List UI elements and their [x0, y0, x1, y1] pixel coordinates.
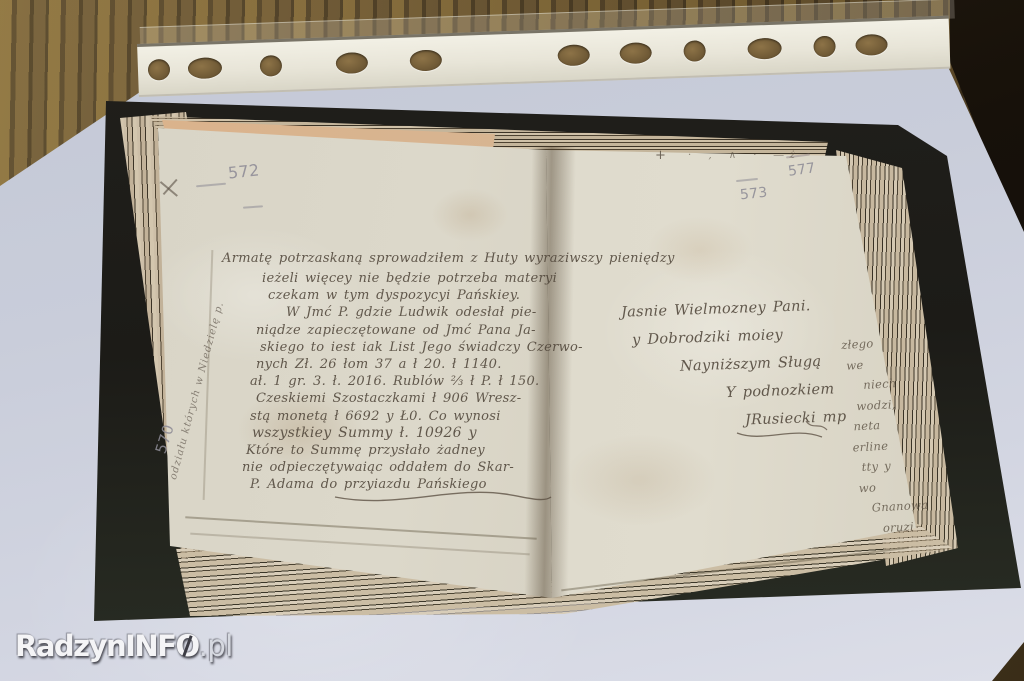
punch-hole — [855, 34, 888, 56]
punch-hole — [813, 36, 836, 58]
punch-hole — [260, 55, 283, 77]
punch-hole — [747, 38, 782, 60]
punch-hole — [336, 52, 369, 74]
punch-hole — [148, 59, 171, 81]
punch-hole — [557, 44, 590, 66]
watermark-slashed-o: O — [175, 629, 198, 663]
punch-hole — [188, 57, 223, 79]
watermark-brand: RadzynINF — [15, 629, 175, 663]
punch-hole — [683, 40, 706, 62]
punch-hole — [619, 42, 652, 64]
watermark: RadzynINFO.pl — [15, 629, 233, 663]
punch-hole — [409, 49, 442, 71]
watermark-tld: .pl — [199, 629, 233, 663]
signature-flourish-svg — [0, 0, 1024, 681]
